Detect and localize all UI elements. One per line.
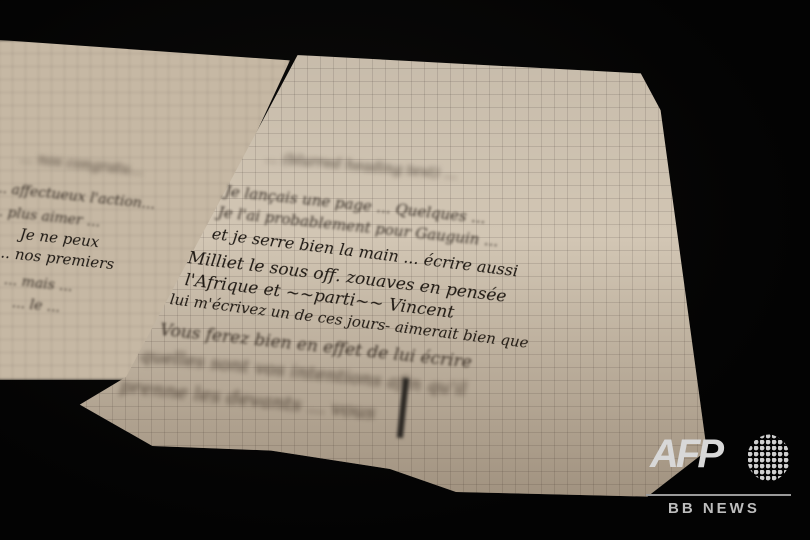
bb-news-label: BB NEWS <box>668 500 760 517</box>
afp-bb-news-watermark: AFP BB NEWS <box>646 432 796 527</box>
watermark-divider <box>646 494 791 496</box>
photo-scene: ... nos congratu... ... affectueux l'act… <box>0 0 810 540</box>
afp-logo-text: AFP <box>650 432 721 477</box>
afp-globe-icon <box>742 434 790 482</box>
